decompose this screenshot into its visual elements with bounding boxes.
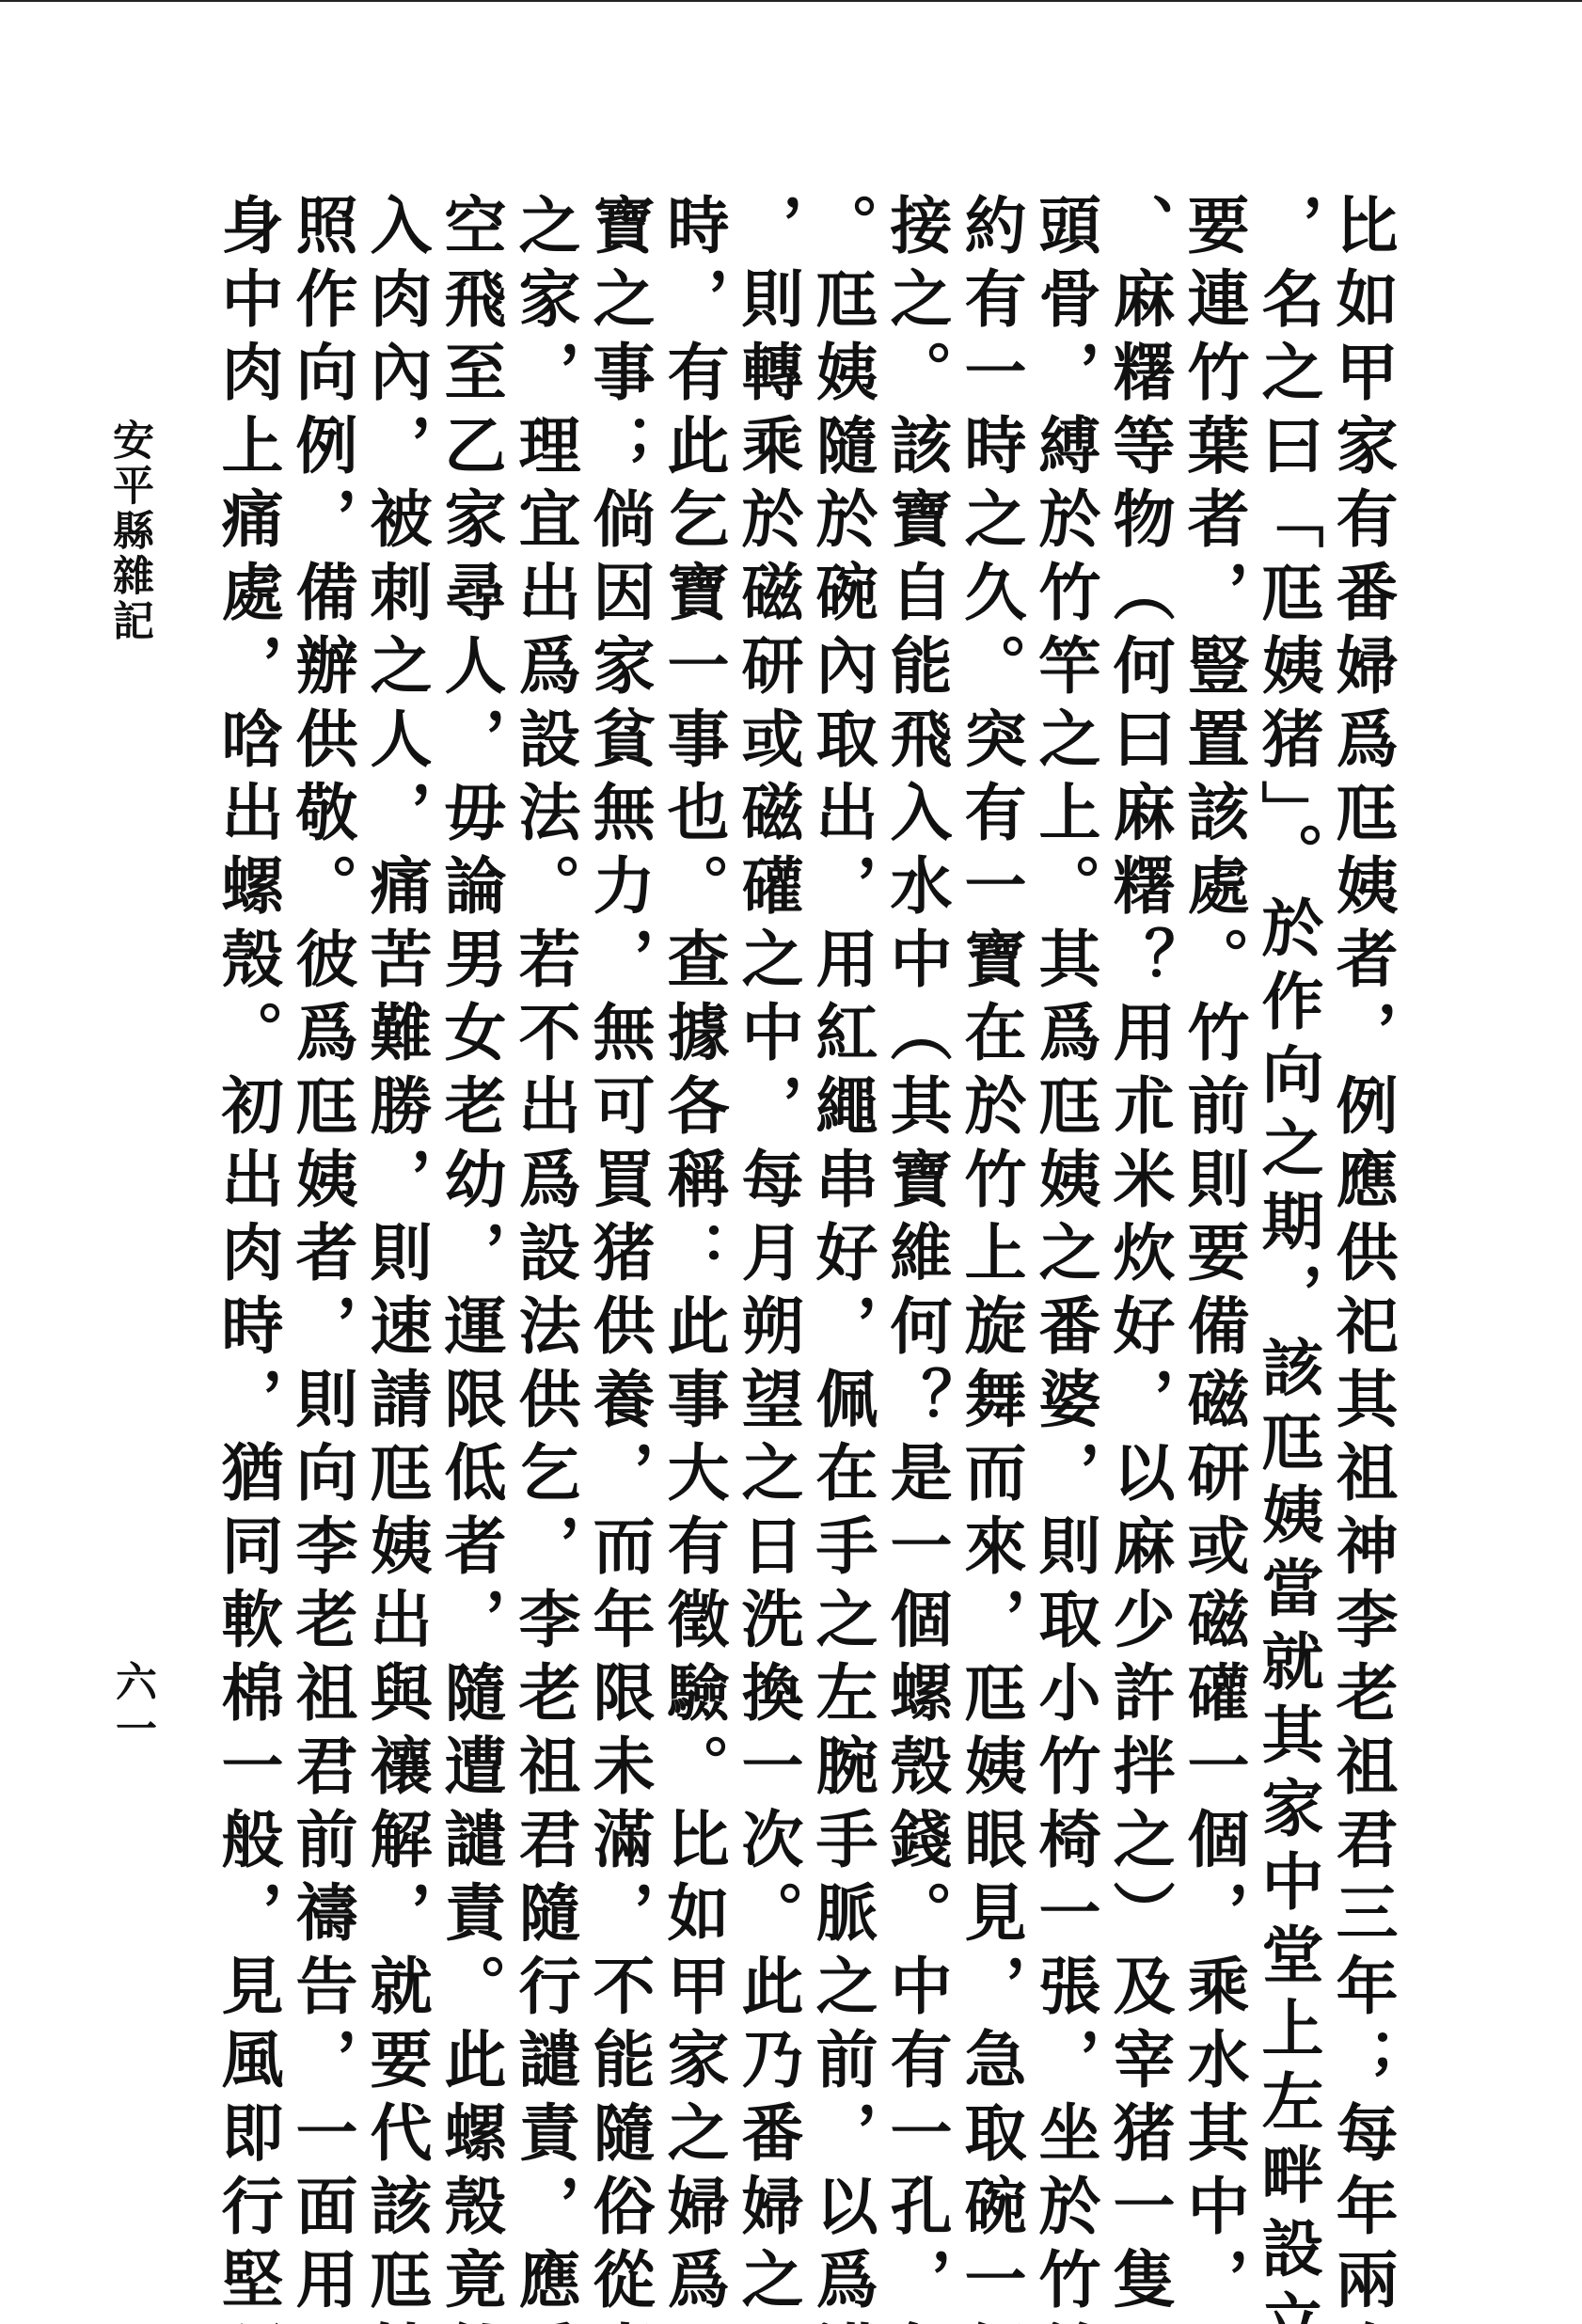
text-column-15: 照作向例，備辦供敬。彼爲尫姨者，則向李老祖君前禱告，一面用口含水就於受譴之人 <box>284 193 358 2130</box>
text-column-13: 空飛至乙家尋人，毋論男女老幼，運限低者，隨遭譴責。此螺殼竟然飛刺其人身中，鑽 <box>433 193 507 2130</box>
text-column-2: ，名之曰「尫姨猪」。於作向之期，該尫姨當就其家中堂上左畔設立竹竿三枝或五枝， <box>1250 193 1324 2130</box>
text-column-11: 寶之事；倘因家貧無力，無可買猪供養，而年限未滿，不能隨俗從事，有煩此尫姨禱祀 <box>581 193 656 2130</box>
text-column-14: 入肉內，被刺之人，痛苦難勝，則速請尫姨出與禳解，就要代該尫姨酬謝限（？）猪， <box>358 193 433 2130</box>
text-column-7: 接之。該寶自能飛入水中（其寶維何？是一個螺殼錢。中有一孔，色白而物圓者是也） <box>878 193 953 2130</box>
top-border-rule <box>0 0 1582 2</box>
text-column-16: 身中肉上痛處，唅出螺殼。初出肉時，猶同軟棉一般，見風即行堅硬。其所唅出之螺殼 <box>210 193 284 2130</box>
running-title: 安平縣雜記 <box>99 419 159 644</box>
text-column-6: 約有一時之久。突有一寶在於竹上旋舞而來，尫姨眼見，急取碗一個，乘水半碗，跪往 <box>953 193 1027 2130</box>
text-column-4: 、麻糬等物（何曰麻糬？用朮米炊好，以麻少許拌之）及宰猪一隻，不要皮肉，只取其 <box>1101 193 1176 2130</box>
text-column-5: 頭骨，縛於竹竿之上。其爲尫姨之番婆，則取小竹椅一張，坐於竹前，念咒乞寶行法， <box>1027 193 1101 2130</box>
text-column-10: 時，有此乞寶一事也。查據各稱：此事大有徵驗。比如甲家之婦爲尫姨，例應行三年乞 <box>656 193 730 2130</box>
text-column-8: 。尫姨隨於碗內取出，用紅繩串好，佩在手之左腕手脈之前，以爲護法之用。碗中之水 <box>804 193 878 2130</box>
page-number: 六一 <box>102 1660 162 1754</box>
text-column-3: 要連竹葉者，豎置該處。竹前則要備磁研或磁礶一個，乘水其中，以供奉並檳榔、燒酒 <box>1176 193 1250 2130</box>
text-column-12: 之家，理宜出爲設法。若不出爲設法供乞，李老祖君隨行譴責，應爲尫姨所乞之寶，憑 <box>507 193 581 2130</box>
text-column-1: 比如甲家有番婦爲尫姨者，例應供祀其祖神李老祖君三年；每年兩次，每次當宰猪一隻 <box>1324 193 1399 2130</box>
text-column-9: ，則轉乘於磁研或磁礶之中，每月朔望之日洗換一次。此乃番婦之尫姨者，於俗例作向 <box>730 193 804 2130</box>
document-page: 安平縣雜記 六一 比如甲家有番婦爲尫姨者，例應供祀其祖神李老祖君三年；每年兩次，… <box>0 0 1582 2324</box>
body-text-block: 比如甲家有番婦爲尫姨者，例應供祀其祖神李老祖君三年；每年兩次，每次當宰猪一隻 ，… <box>195 193 1399 2130</box>
